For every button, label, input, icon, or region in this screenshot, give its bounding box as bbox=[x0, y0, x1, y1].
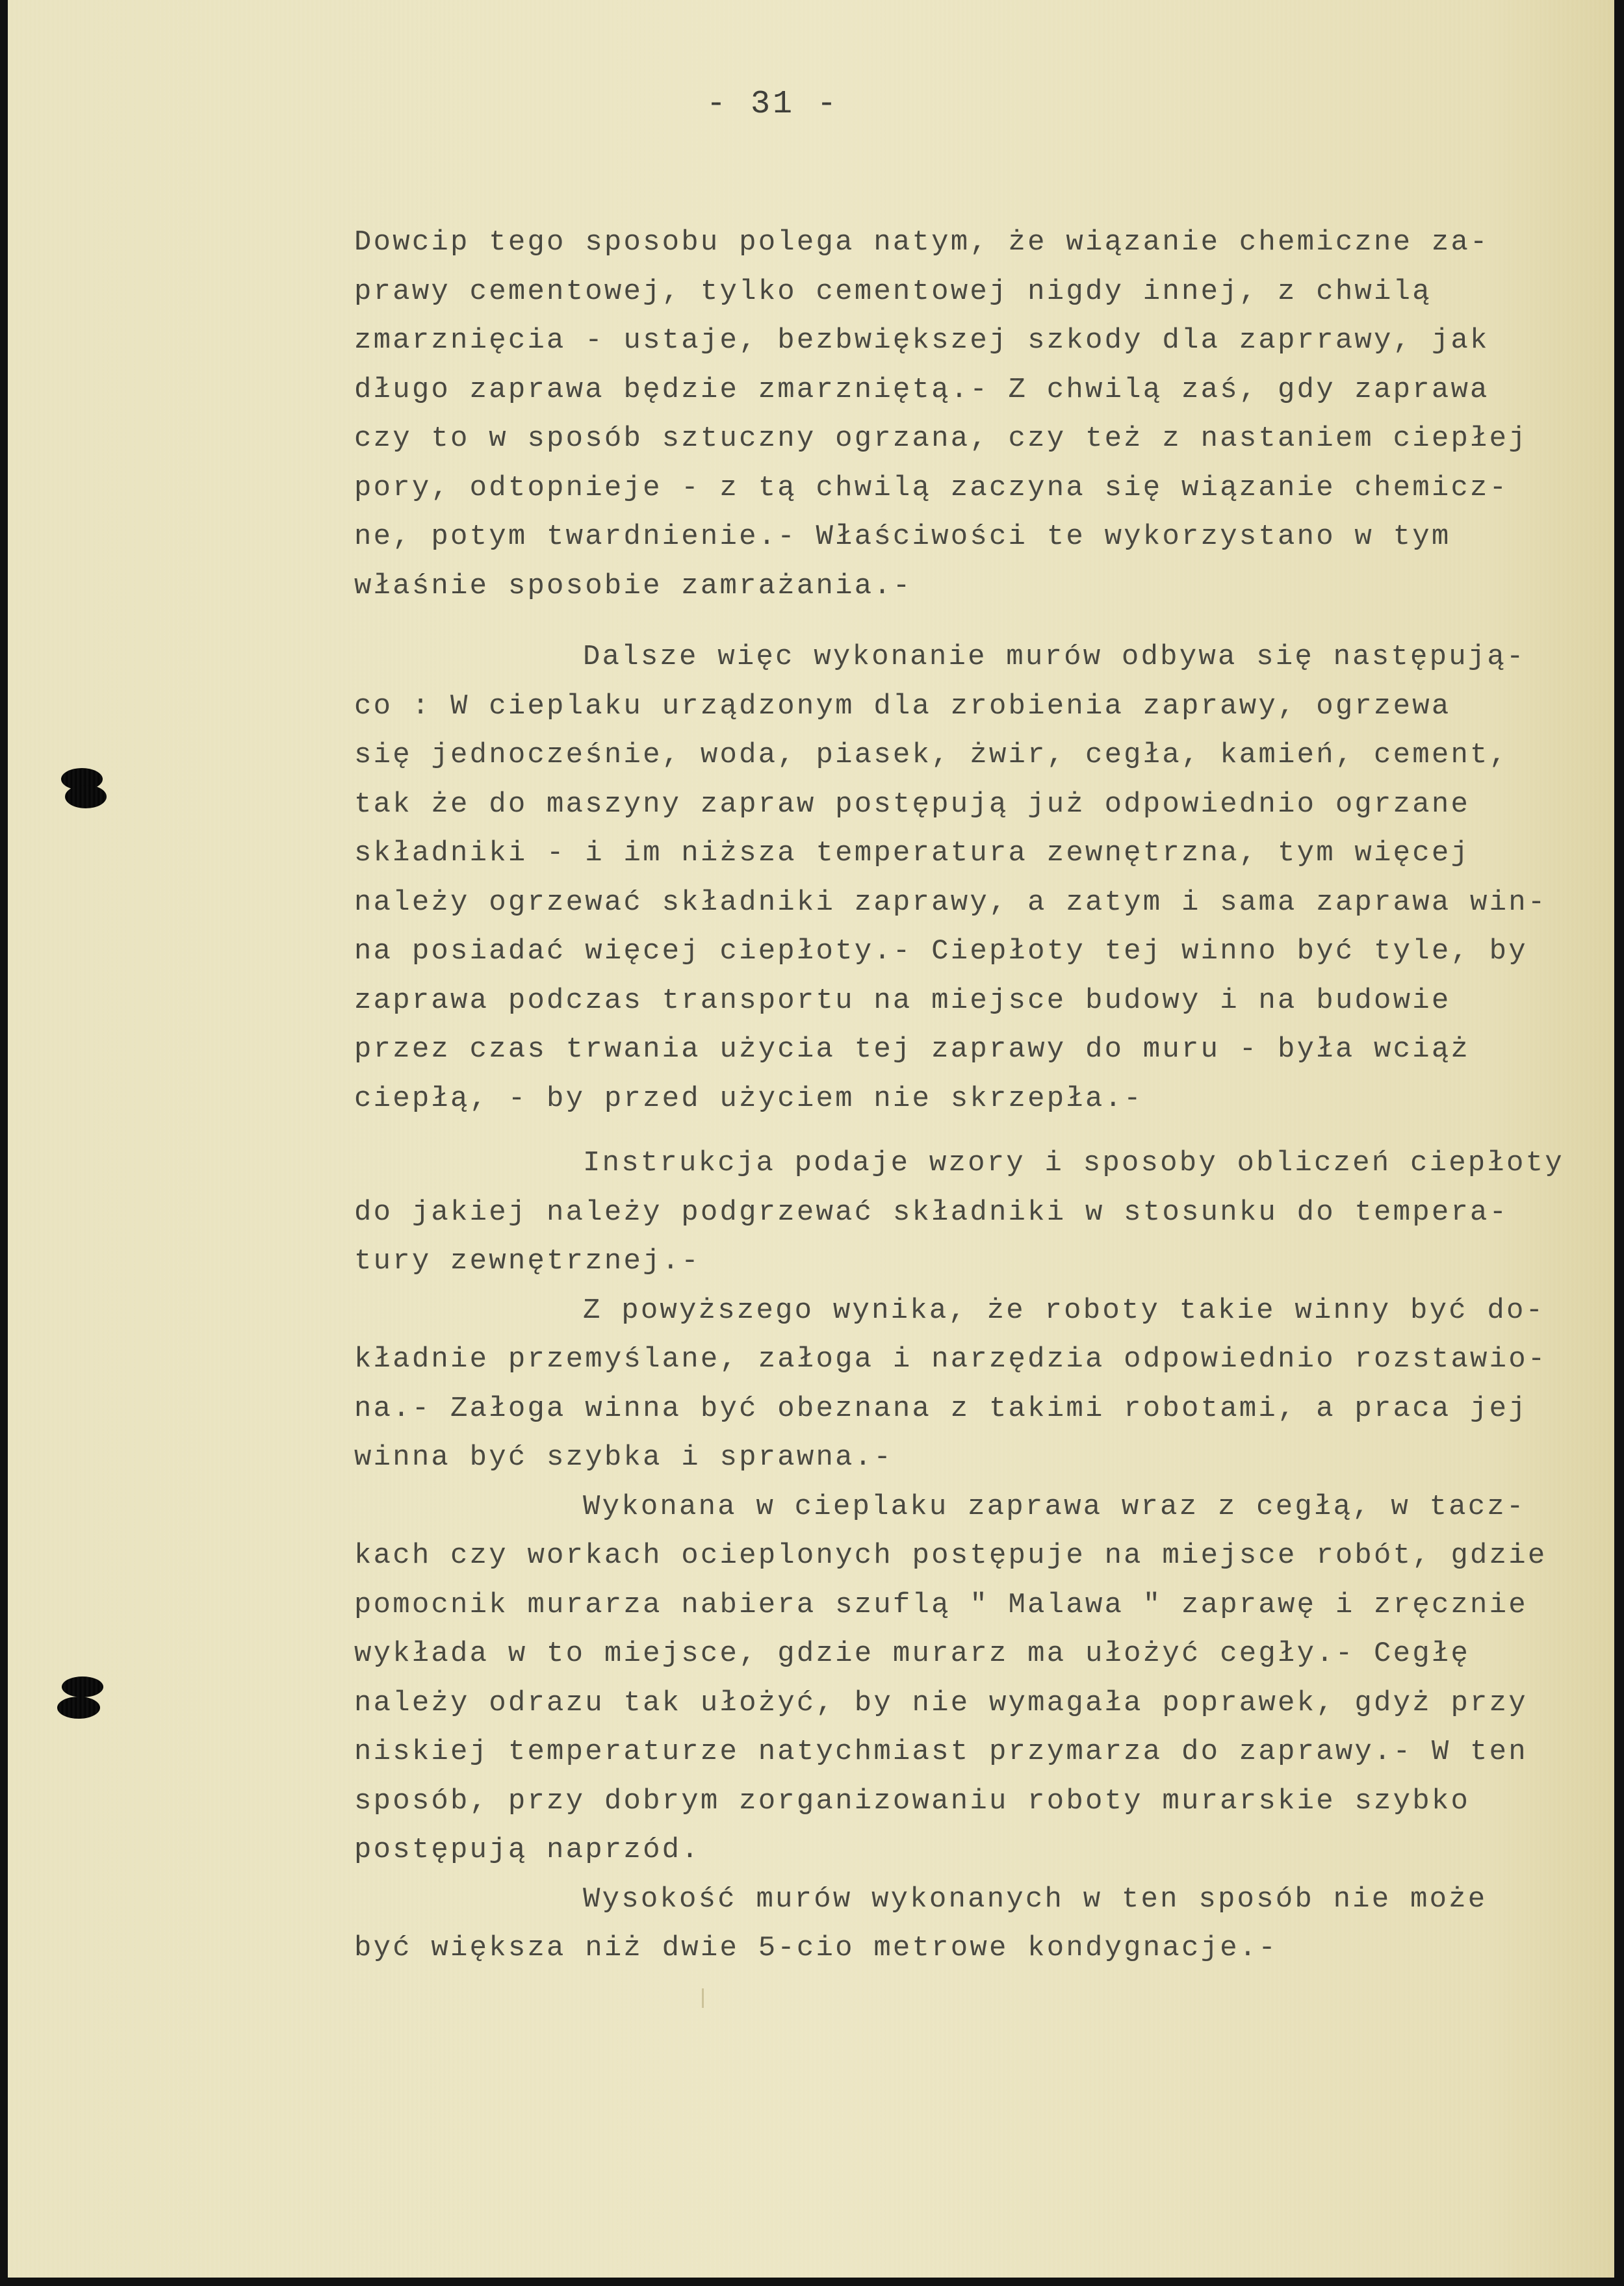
text-line: Instrukcja podaje wzory i sposoby oblicz… bbox=[354, 1139, 1614, 1188]
text-line: przez czas trwania użycia tej zaprawy do… bbox=[354, 1025, 1614, 1075]
text-line: być większa niż dwie 5-cio metrowe kondy… bbox=[354, 1924, 1614, 1973]
text-line: długo zaprawa będzie zmarzniętą.- Z chwi… bbox=[354, 366, 1614, 415]
paragraph-6: Wysokość murów wykonanych w ten sposób n… bbox=[354, 1875, 1614, 1973]
text-line: kładnie przemyślane, załoga i narzędzia … bbox=[354, 1335, 1614, 1385]
paragraph-4: Z powyższego wynika, że roboty takie win… bbox=[354, 1287, 1614, 1483]
text-line: co : W cieplaku urządzonym dla zrobienia… bbox=[354, 682, 1614, 732]
paragraph-1: Dowcip tego sposobu polega natym, że wią… bbox=[354, 218, 1614, 611]
text-line: Wykonana w cieplaku zaprawa wraz z cegłą… bbox=[354, 1483, 1614, 1532]
body-text: Dowcip tego sposobu polega natym, że wią… bbox=[354, 218, 1614, 1973]
punch-hole-lower-b bbox=[57, 1697, 100, 1719]
text-line: pory, odtopnieje - z tą chwilą zaczyna s… bbox=[354, 464, 1614, 513]
punch-hole-upper-b bbox=[65, 785, 107, 808]
text-line: się jednocześnie, woda, piasek, żwir, ce… bbox=[354, 731, 1614, 780]
text-line: kach czy workach ocieplonych postępuje n… bbox=[354, 1532, 1614, 1581]
text-line: składniki - i im niższa temperatura zewn… bbox=[354, 829, 1614, 879]
text-line: prawy cementowej, tylko cementowej nigdy… bbox=[354, 268, 1614, 317]
text-line: ciepłą, - by przed użyciem nie skrzepła.… bbox=[354, 1075, 1614, 1124]
text-line: na.- Załoga winna być obeznana z takimi … bbox=[354, 1385, 1614, 1434]
typewritten-page: - 31 - Dowcip tego sposobu polega natym,… bbox=[8, 0, 1614, 2278]
text-line: Dalsze więc wykonanie murów odbywa się n… bbox=[354, 633, 1614, 682]
text-line: wykłada w to miejsce, gdzie murarz ma uł… bbox=[354, 1630, 1614, 1679]
paragraph-3: Instrukcja podaje wzory i sposoby oblicz… bbox=[354, 1139, 1614, 1287]
text-line: sposób, przy dobrym zorganizowaniu robot… bbox=[354, 1777, 1614, 1827]
page-number: - 31 - bbox=[706, 86, 839, 123]
text-line: niskiej temperaturze natychmiast przymar… bbox=[354, 1728, 1614, 1777]
text-line: zmarznięcia - ustaje, bezbwiększej szkod… bbox=[354, 316, 1614, 366]
text-line: postępują naprzód. bbox=[354, 1826, 1614, 1875]
text-line: czy to w sposób sztuczny ogrzana, czy te… bbox=[354, 415, 1614, 464]
text-line: tury zewnętrznej.- bbox=[354, 1237, 1614, 1287]
text-line: na posiadać więcej ciepłoty.- Ciepłoty t… bbox=[354, 927, 1614, 977]
paragraph-2: Dalsze więc wykonanie murów odbywa się n… bbox=[354, 633, 1614, 1124]
stray-mark bbox=[702, 1988, 704, 2008]
text-line: Wysokość murów wykonanych w ten sposób n… bbox=[354, 1875, 1614, 1925]
text-line: Z powyższego wynika, że roboty takie win… bbox=[354, 1287, 1614, 1336]
text-line: pomocnik murarza nabiera szuflą " Malawa… bbox=[354, 1581, 1614, 1630]
text-line: Dowcip tego sposobu polega natym, że wią… bbox=[354, 218, 1614, 268]
text-line: zaprawa podczas transportu na miejsce bu… bbox=[354, 977, 1614, 1026]
text-line: do jakiej należy podgrzewać składniki w … bbox=[354, 1188, 1614, 1238]
punch-hole-lower-a bbox=[62, 1676, 103, 1697]
text-line: tak że do maszyny zapraw postępują już o… bbox=[354, 780, 1614, 830]
text-line: należy odrazu tak ułożyć, by nie wymagał… bbox=[354, 1679, 1614, 1728]
text-line: ne, potym twardnienie.- Właściwości te w… bbox=[354, 513, 1614, 562]
text-line: należy ogrzewać składniki zaprawy, a zat… bbox=[354, 879, 1614, 928]
paragraph-5: Wykonana w cieplaku zaprawa wraz z cegłą… bbox=[354, 1483, 1614, 1875]
text-line: winna być szybka i sprawna.- bbox=[354, 1433, 1614, 1483]
text-line: właśnie sposobie zamrażania.- bbox=[354, 562, 1614, 611]
